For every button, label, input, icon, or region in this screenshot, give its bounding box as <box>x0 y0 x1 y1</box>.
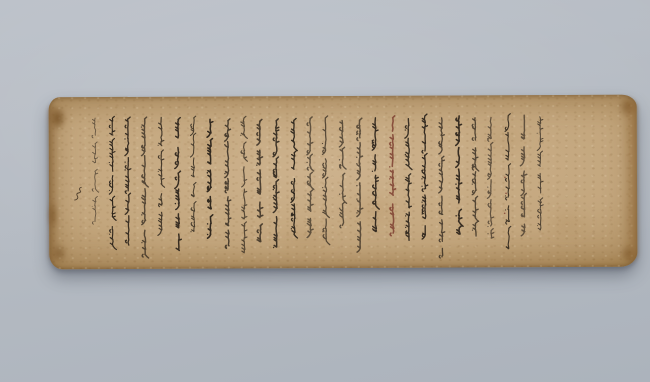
script-column <box>339 121 346 228</box>
script-column <box>291 118 298 238</box>
script-column <box>456 116 463 234</box>
paper-stain-top-left <box>46 101 70 135</box>
script-column <box>537 117 543 230</box>
manuscript-leaf <box>49 95 638 270</box>
script-column <box>157 117 164 235</box>
script-column <box>92 118 99 224</box>
paper-stain-top-right <box>615 92 641 122</box>
script-column <box>141 117 148 258</box>
script-column <box>472 118 479 236</box>
paper-stain-left-edge <box>45 195 60 235</box>
script-column <box>257 119 263 241</box>
script-column <box>190 116 196 232</box>
photo-backdrop <box>0 0 650 382</box>
margin-note-stroke <box>74 187 83 201</box>
script-column <box>487 118 494 239</box>
script-column <box>357 118 363 252</box>
red-ink-dots <box>504 177 506 213</box>
script-column <box>422 114 428 239</box>
script-column <box>520 115 527 236</box>
script-column <box>322 116 329 245</box>
script-column <box>125 117 131 245</box>
script-column <box>390 116 396 236</box>
script-column <box>438 118 444 258</box>
script-column <box>405 119 412 241</box>
script-column <box>241 116 248 252</box>
script-column <box>307 117 314 238</box>
margin-note-glyph <box>68 184 87 207</box>
paper-browned-left-edge <box>49 105 61 261</box>
paper-browned-right-edge <box>623 101 638 261</box>
manuscript-text-columns <box>93 115 556 269</box>
script-column <box>207 119 213 238</box>
script-column <box>372 118 379 232</box>
paper-stain-bottom-left <box>48 239 70 267</box>
script-column <box>273 119 279 248</box>
script-column <box>225 119 231 249</box>
script-column <box>109 116 116 249</box>
script-column <box>175 118 182 251</box>
script-column <box>505 114 511 249</box>
paper-stain-bottom-right <box>617 241 639 267</box>
